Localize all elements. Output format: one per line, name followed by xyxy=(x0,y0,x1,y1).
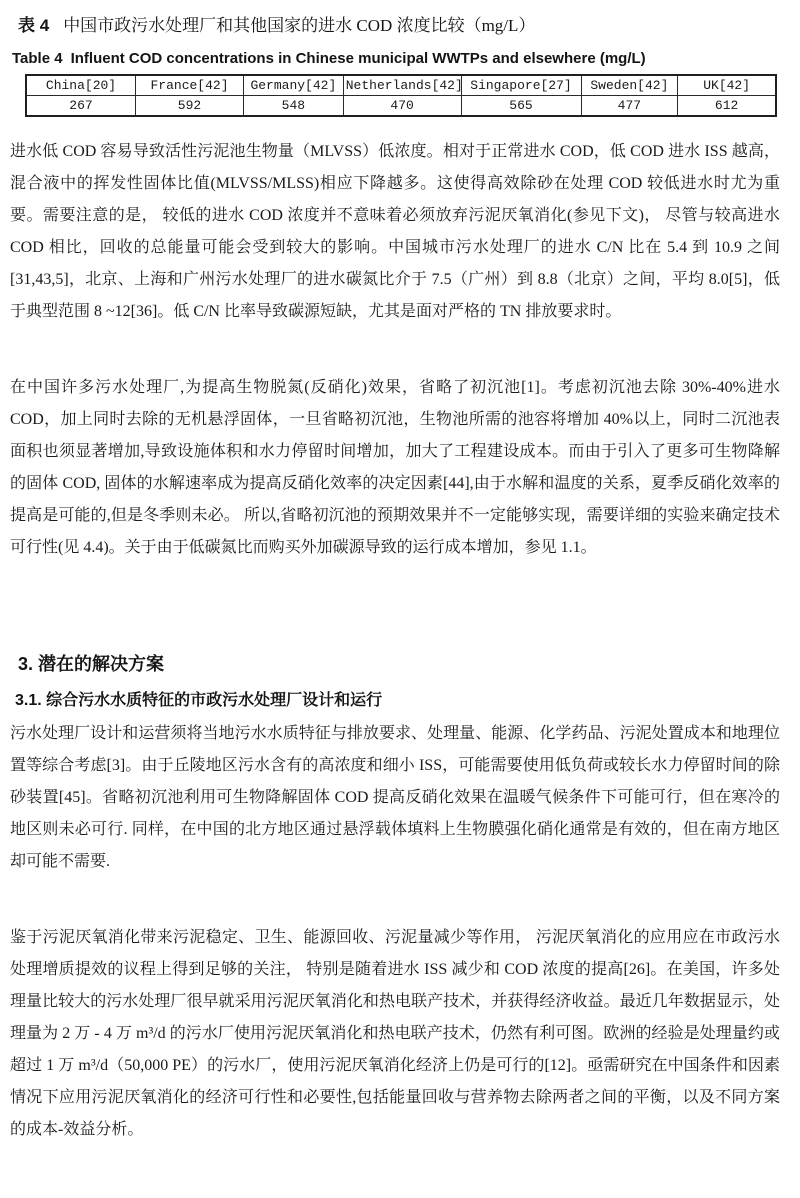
table-caption-en-label: Table 4 xyxy=(12,50,63,67)
table-value-cell-france: 592 xyxy=(136,96,244,117)
table-header-cell-sweden: Sweden[42] xyxy=(581,75,678,96)
section-heading-3: 3. 潜在的解决方案 xyxy=(18,652,780,676)
paragraph-anaerobic-digestion: 鉴于污泥厌氧消化带来污泥稳定、卫生、能源回收、污泥量减少等作用， 污泥厌氧消化的… xyxy=(10,922,780,1146)
table-value-cell-uk: 612 xyxy=(678,96,776,117)
table-value-cell-singapore: 565 xyxy=(461,96,581,117)
table-header-row: China[20] France[42] Germany[42] Netherl… xyxy=(26,75,776,96)
table-caption-zh-label: 表 4 xyxy=(18,16,49,35)
table-caption-zh-text: 中国市政污水处理厂和其他国家的进水 COD 浓度比较（mg/L） xyxy=(63,16,535,35)
paragraph-influent-cod: 进水低 COD 容易导致活性污泥池生物量（MLVSS）低浓度。相对于正常进水 C… xyxy=(10,136,780,328)
cod-comparison-table: China[20] France[42] Germany[42] Netherl… xyxy=(25,74,777,117)
paragraph-wwtp-design: 污水处理厂设计和运营须将当地污水水质特征与排放要求、处理量、能源、化学药品、污泥… xyxy=(10,718,780,878)
paragraph-primary-settling: 在中国许多污水处理厂,为提高生物脱氮(反硝化)效果，省略了初沉池[1]。考虑初沉… xyxy=(10,372,780,564)
table-header-cell-china: China[20] xyxy=(26,75,136,96)
table-header-cell-netherlands: Netherlands[42] xyxy=(343,75,461,96)
table-caption-zh: 表 4中国市政污水处理厂和其他国家的进水 COD 浓度比较（mg/L） xyxy=(18,14,780,38)
table-value-cell-netherlands: 470 xyxy=(343,96,461,117)
table-value-row: 267 592 548 470 565 477 612 xyxy=(26,96,776,117)
section-heading-3-1: 3.1. 综合污水水质特征的市政污水处理厂设计和运行 xyxy=(15,689,780,713)
table-value-cell-sweden: 477 xyxy=(581,96,678,117)
table-header-cell-singapore: Singapore[27] xyxy=(461,75,581,96)
table-value-cell-germany: 548 xyxy=(244,96,344,117)
table-caption-en: Table 4Influent COD concentrations in Ch… xyxy=(12,49,780,69)
table-header-cell-france: France[42] xyxy=(136,75,244,96)
table-header-cell-germany: Germany[42] xyxy=(244,75,344,96)
table-caption-en-text: Influent COD concentrations in Chinese m… xyxy=(71,50,646,67)
table-value-cell-china: 267 xyxy=(26,96,136,117)
paper-page: 表 4中国市政污水处理厂和其他国家的进水 COD 浓度比较（mg/L） Tabl… xyxy=(0,0,800,1198)
table-header-cell-uk: UK[42] xyxy=(678,75,776,96)
